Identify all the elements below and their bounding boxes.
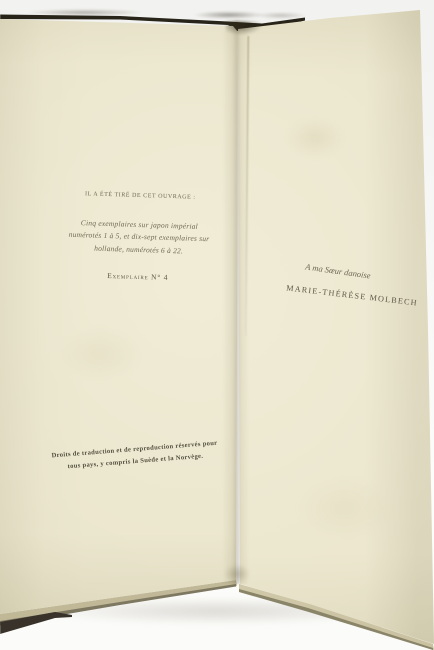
page-stain [58,328,142,380]
book-photo: IL A ÉTÉ TIRÉ DE CET OUVRAGE : Cinq exem… [0,0,434,650]
limitation-notice: IL A ÉTÉ TIRÉ DE CET OUVRAGE : Cinq exem… [38,189,241,285]
page-stain [298,478,390,538]
page-stain [285,118,345,158]
limitation-text: Cinq exemplaires sur japon impérial numé… [38,216,239,259]
cover-texture-smudge [25,9,145,16]
gutter-top-shadow [226,21,264,36]
gutter-shadow [222,20,254,584]
cover-texture-smudge [255,12,307,19]
gutter-bottom-shadow [224,564,250,584]
